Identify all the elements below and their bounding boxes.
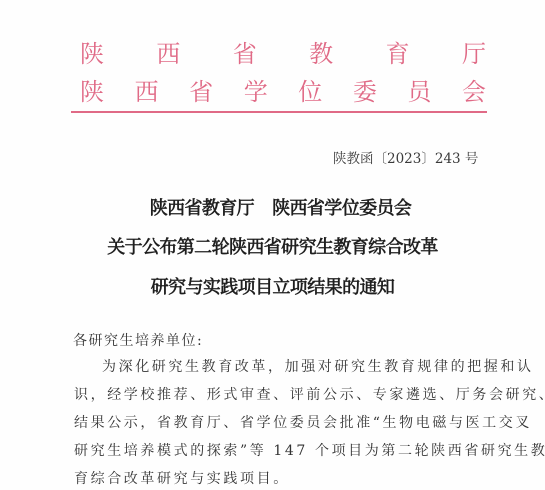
letterhead-char: 育 <box>386 41 410 67</box>
letterhead-char: 省 <box>233 41 257 67</box>
letterhead-char: 会 <box>462 79 486 105</box>
title-line-3: 研究与实践项目立项结果的通知 <box>0 276 545 300</box>
title-issuer-degree-committee: 陕西省学位委员会 <box>272 198 411 219</box>
letterhead-char: 西 <box>135 79 159 105</box>
letterhead-char: 委 <box>353 79 377 105</box>
letterhead-char: 省 <box>189 79 213 105</box>
body-line: 识，经学校推荐、形式审查、评前公示、专家遴选、厅务会研究、 <box>74 385 545 405</box>
letterhead-char: 西 <box>156 41 180 67</box>
letterhead-red-rule <box>71 111 487 113</box>
document-page: 陕 西 省 教 育 厅 陕 西 省 学 位 委 员 会 陕教函〔2023〕243… <box>0 0 545 490</box>
letterhead-char: 厅 <box>462 41 486 67</box>
letterhead-char: 位 <box>298 79 322 105</box>
salutation: 各研究生培养单位: <box>73 331 203 351</box>
letterhead-char: 学 <box>244 79 268 105</box>
letterhead-row-degree-committee: 陕 西 省 学 位 委 员 会 <box>80 79 486 105</box>
letterhead-char: 陕 <box>80 79 104 105</box>
title-line-2: 关于公布第二轮陕西省研究生教育综合改革 <box>0 236 545 260</box>
letterhead-row-education-department: 陕 西 省 教 育 厅 <box>80 41 486 67</box>
title-issuers: 陕西省教育厅陕西省学位委员会 <box>8 197 545 221</box>
title-issuer-education-department: 陕西省教育厅 <box>150 198 254 219</box>
body-line: 为深化研究生教育改革，加强对研究生教育规律的把握和认 <box>102 357 534 377</box>
document-number: 陕教函〔2023〕243 号 <box>333 150 478 168</box>
letterhead-char: 陕 <box>80 41 104 67</box>
letterhead-char: 员 <box>407 79 431 105</box>
body-line: 育综合改革研究与实践项目。 <box>74 469 290 489</box>
letterhead-char: 教 <box>309 41 333 67</box>
body-line: 研究生培养模式的探索”等 147 个项目为第二轮陕西省研究生教 <box>74 441 545 461</box>
body-line: 结果公示，省教育厅、省学位委员会批准“生物电磁与医工交叉 <box>74 413 532 433</box>
